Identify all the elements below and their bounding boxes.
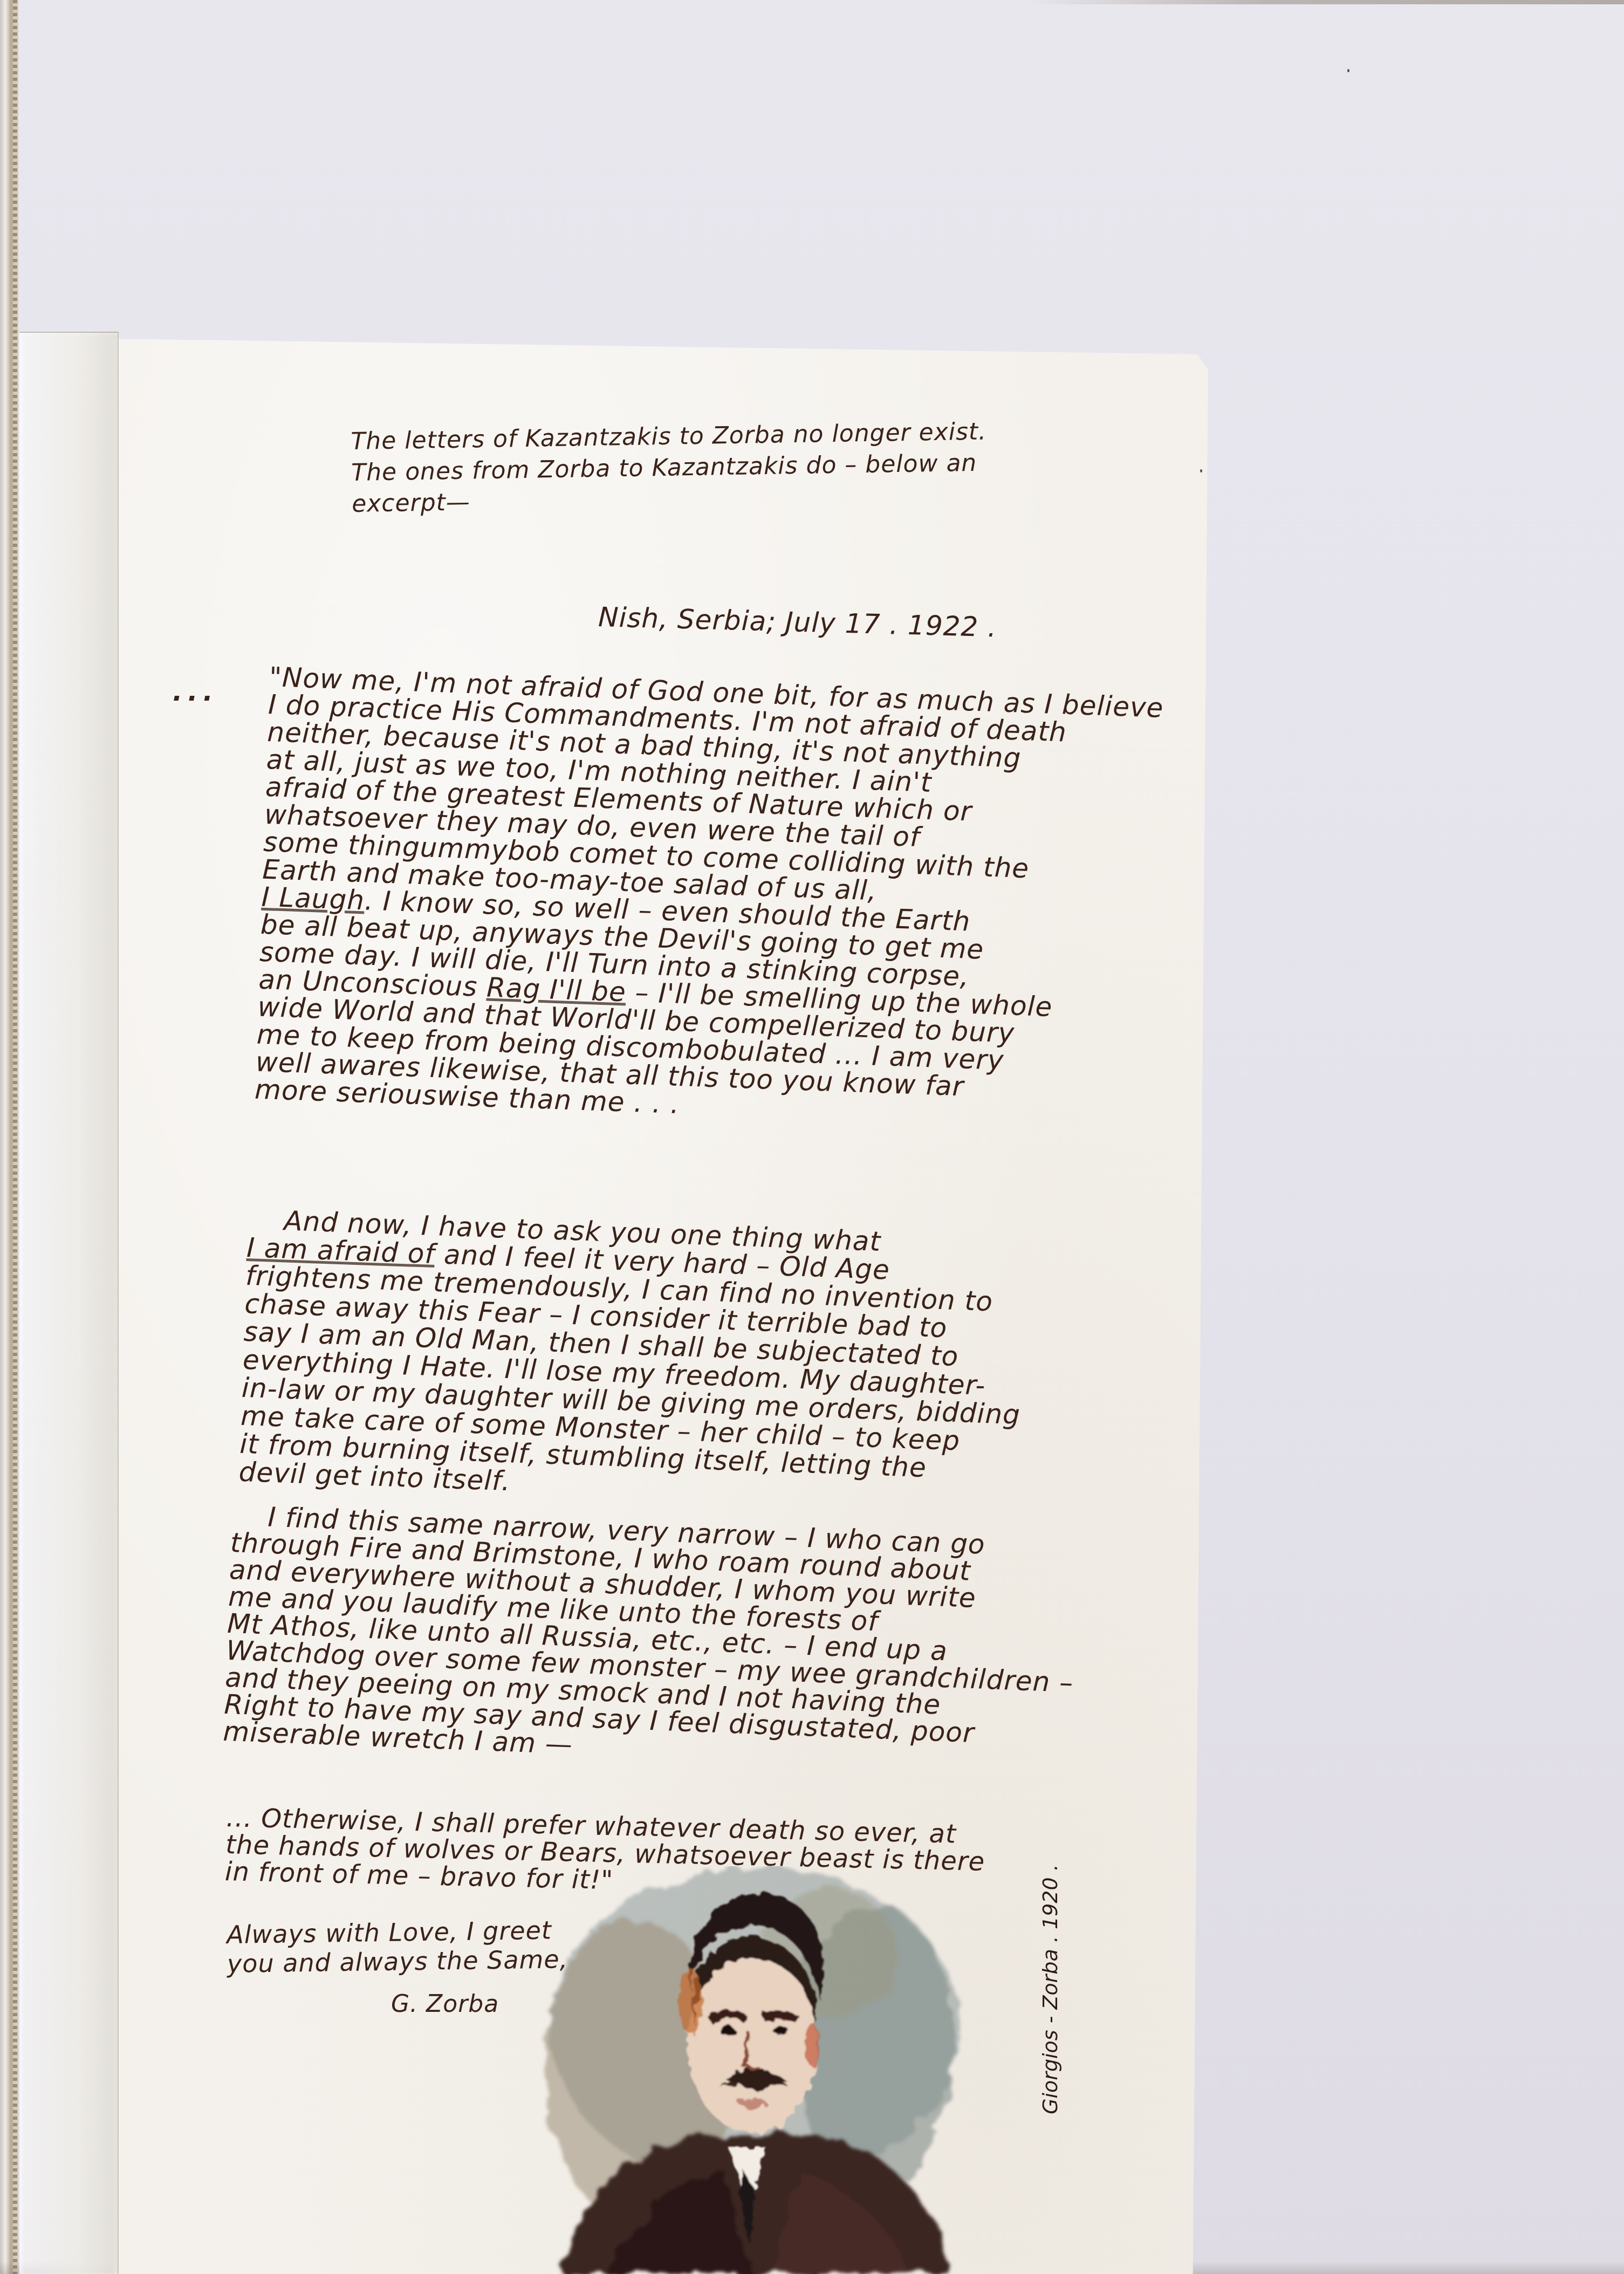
- paragraph-1: "Now me, I'm not afraid of God one bit, …: [255, 663, 1164, 1134]
- album-binding-stripe: [13, 0, 17, 2274]
- portrait-illustration: [496, 1866, 1025, 2274]
- plastic-sleeve: [19, 332, 119, 2274]
- portrait-caption: Giorgios - Zorba . 1920 .: [1038, 1864, 1062, 2114]
- watercolor-portrait: [496, 1866, 1025, 2274]
- dust-speck: [1347, 69, 1349, 72]
- signature: G. Zorba: [391, 1990, 499, 2018]
- album-top-edge: [1025, 0, 1624, 4]
- lead-ellipsis: ...: [173, 677, 218, 707]
- paragraph-2: And now, I have to ask you one thing wha…: [238, 1206, 1027, 1513]
- dust-speck: [1200, 469, 1202, 472]
- paragraph-3: I find this same narrow, very narrow – I…: [223, 1502, 1079, 1777]
- archival-note: The letters of Kazantzakis to Zorba no l…: [351, 416, 988, 519]
